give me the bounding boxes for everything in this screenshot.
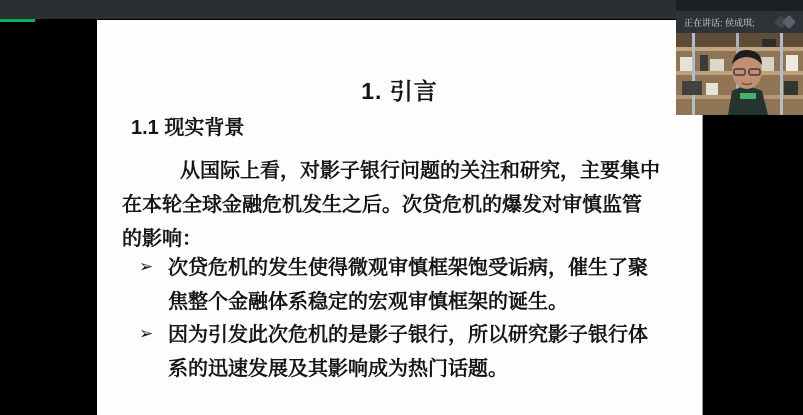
video-panel-top-strip (676, 0, 803, 11)
participant-video-feed[interactable]: 侯成琪 (676, 33, 803, 115)
screen-sharing-indicator (0, 19, 35, 22)
bullet-arrow-icon: ➢ (139, 251, 168, 319)
paragraph-line: 从国际上看，对影子银行问题的关注和研究，主要集中 (122, 154, 678, 188)
collapse-panel-icon[interactable] (774, 14, 800, 30)
bullet-line: 次贷危机的发生使得微观审慎框架饱受诟病，催生了聚 (168, 251, 648, 285)
active-speaker-label: 正在讲话: 侯成琪; (676, 16, 774, 29)
bullet-line: 因为引发此次危机的是影子银行，所以研究影子银行体 (168, 318, 648, 352)
slide-bullet-item: ➢ 因为引发此次危机的是影子银行，所以研究影子银行体 系的迅速发展及其影响成为热… (139, 318, 679, 386)
bullet-line: 焦整个金融体系稳定的宏观审慎框架的诞生。 (168, 285, 648, 319)
bullet-line: 系的迅速发展及其影响成为热门话题。 (168, 352, 648, 386)
shared-slide: 1. 引言 1.1 现实背景 从国际上看，对影子银行问题的关注和研究，主要集中 … (97, 20, 703, 415)
bullet-arrow-icon: ➢ (139, 318, 168, 386)
video-panel-header: 正在讲话: 侯成琪; (676, 11, 803, 33)
slide-bullet-item: ➢ 次贷危机的发生使得微观审慎框架饱受诟病，催生了聚 焦整个金融体系稳定的宏观审… (139, 251, 679, 319)
meeting-app-window: 1. 引言 1.1 现实背景 从国际上看，对影子银行问题的关注和研究，主要集中 … (0, 0, 803, 415)
webcam-scene (676, 33, 803, 115)
slide-section-heading: 1.1 现实背景 (131, 111, 244, 140)
paragraph-line: 在本轮全球金融危机发生之后。次贷危机的爆发对审慎监管 (122, 188, 678, 222)
participant-video-panel[interactable]: 正在讲话: 侯成琪; (676, 0, 803, 115)
slide-title: 1. 引言 (97, 73, 702, 106)
slide-paragraph: 从国际上看，对影子银行问题的关注和研究，主要集中 在本轮全球金融危机发生之后。次… (122, 154, 678, 256)
